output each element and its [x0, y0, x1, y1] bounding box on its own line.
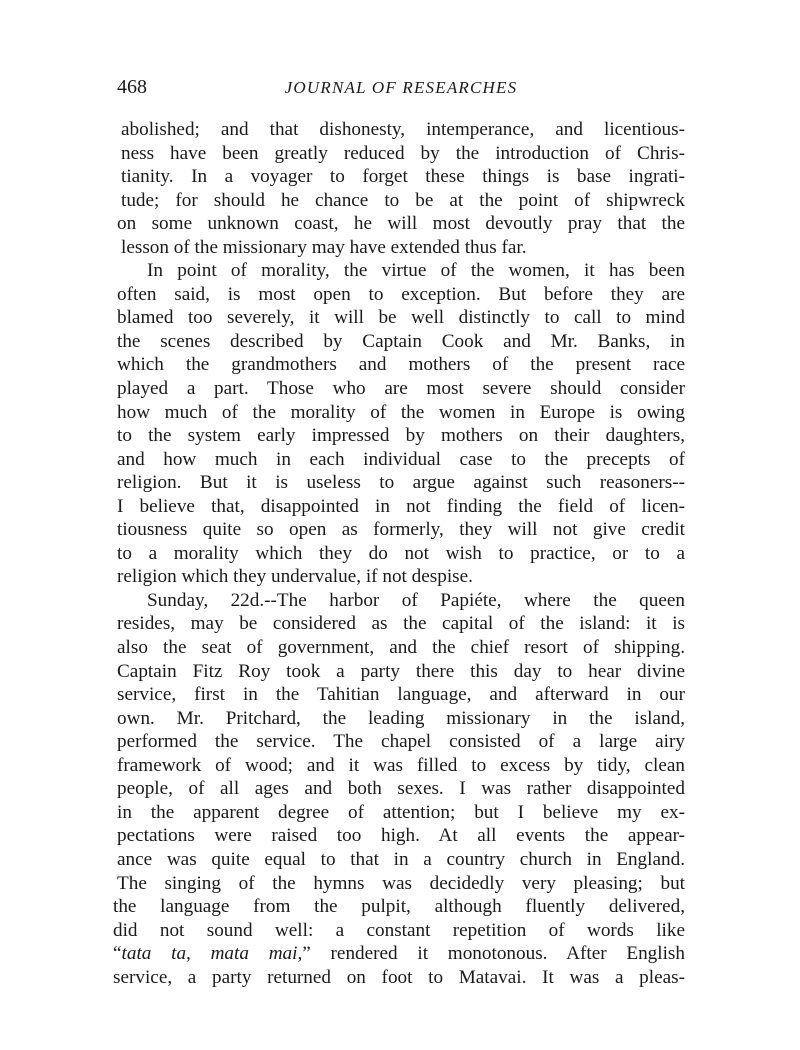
text-line: the scenes described by Captain Cook and… [117, 330, 685, 354]
body-text: abolished; and that dishonesty, intemper… [121, 118, 685, 989]
text-line: pectations were raised too high. At all … [117, 824, 685, 848]
text-line: people, of all ages and both sexes. I wa… [117, 777, 685, 801]
text-line: which the grandmothers and mothers of th… [117, 353, 685, 377]
open-quote: “ [113, 943, 122, 964]
text-line: performed the service. The chapel consis… [117, 730, 685, 754]
text-line: framework of wood; and it was filled to … [117, 754, 685, 778]
text-line: blamed too severely, it will be well dis… [117, 306, 685, 330]
text-line: lesson of the missionary may have extend… [121, 236, 685, 260]
text-line: abolished; and that dishonesty, intemper… [121, 118, 685, 142]
text-line: resides, may be considered as the capita… [117, 612, 685, 636]
text-line: played a part. Those who are most severe… [117, 377, 685, 401]
running-title: JOURNAL OF RESEARCHES [117, 78, 685, 98]
text-line: to a morality which they do not wish to … [117, 542, 685, 566]
text-line: religion. But it is useless to argue aga… [117, 471, 685, 495]
text-line: ness have been greatly reduced by the in… [121, 142, 685, 166]
text-line: to the system early impressed by mothers… [117, 424, 685, 448]
book-page: 468 JOURNAL OF RESEARCHES abolished; and… [0, 0, 800, 1050]
text-line: and how much in each individual case to … [117, 448, 685, 472]
text-line: tiousness quite so open as formerly, the… [117, 518, 685, 542]
quote-rest: ” rendered it monotonous. After English [302, 943, 685, 964]
text-line: in the apparent degree of attention; but… [117, 801, 685, 825]
text-line: I believe that, disappointed in not find… [117, 495, 685, 519]
text-line: Sunday, 22d.--The harbor of Papiéte, whe… [121, 589, 685, 613]
text-line: tianity. In a voyager to forget these th… [121, 165, 685, 189]
text-line: service, first in the Tahitian language,… [117, 683, 685, 707]
text-line: also the seat of government, and the chi… [117, 636, 685, 660]
text-line: Captain Fitz Roy took a party there this… [117, 660, 685, 684]
text-line: ance was quite equal to that in a countr… [117, 848, 685, 872]
text-line: tude; for should he chance to be at the … [121, 189, 685, 213]
tahitian-phrase: tata ta, mata mai, [122, 943, 303, 964]
text-line: on some unknown coast, he will most devo… [117, 212, 685, 236]
text-line: In point of morality, the virtue of the … [121, 259, 685, 283]
text-line: religion which they undervalue, if not d… [117, 565, 685, 589]
text-line: how much of the morality of the women in… [117, 401, 685, 425]
text-line: often said, is most open to exception. B… [117, 283, 685, 307]
text-line: service, a party returned on foot to Mat… [113, 966, 685, 990]
text-line: the language from the pulpit, although f… [113, 895, 685, 919]
running-head: 468 JOURNAL OF RESEARCHES [117, 76, 685, 102]
text-line: did not sound well: a constant repetitio… [113, 919, 685, 943]
text-line-quote: “tata ta, mata mai,” rendered it monoton… [113, 942, 685, 966]
text-line: The singing of the hymns was decidedly v… [117, 872, 685, 896]
text-line: own. Mr. Pritchard, the leading missiona… [117, 707, 685, 731]
